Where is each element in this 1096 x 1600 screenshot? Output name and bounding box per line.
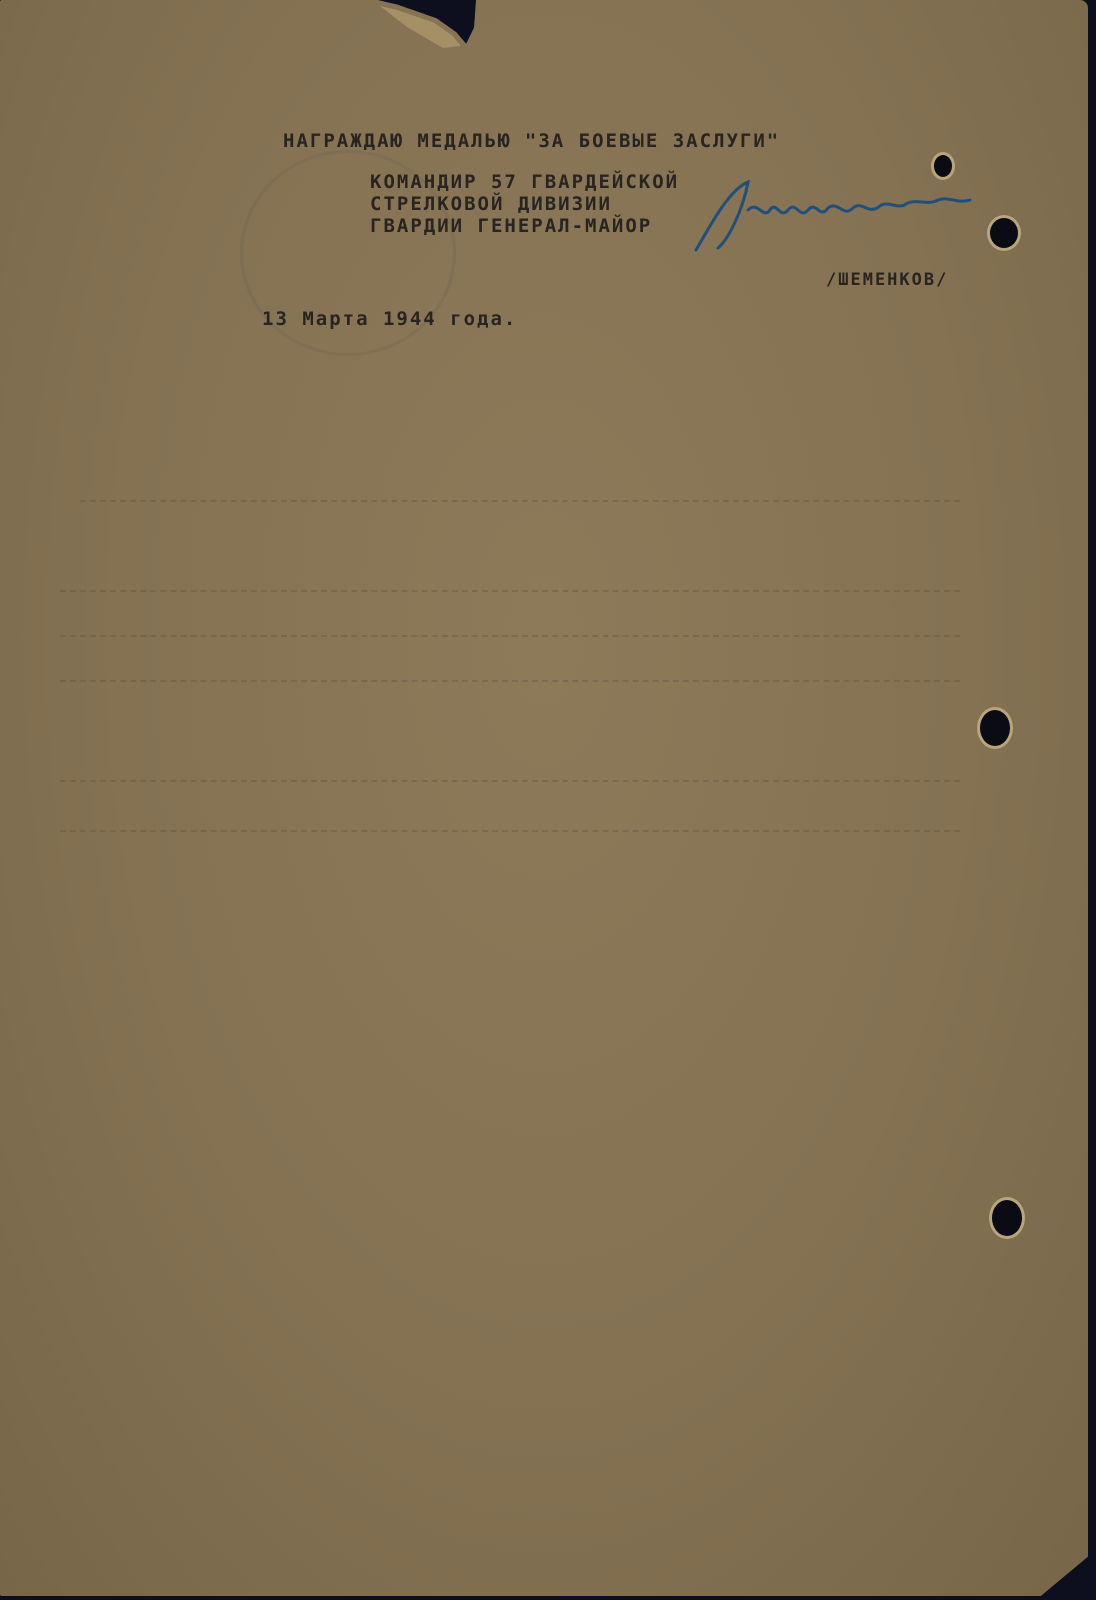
punch-hole (980, 710, 1010, 746)
signatory-line-1: КОМАНДИР 57 ГВАРДЕЙСКОЙ (370, 172, 679, 192)
bleed-through-line (80, 500, 960, 502)
signature-name: /ШЕМЕНКОВ/ (826, 270, 948, 290)
punch-hole (990, 218, 1018, 248)
signatory-line-2: СТРЕЛКОВОЙ ДИВИЗИИ (370, 194, 612, 214)
bleed-through-line (60, 780, 960, 782)
bleed-through-line (60, 680, 960, 682)
signatory-line-3: ГВАРДИИ ГЕНЕРАЛ-МАЙОР (370, 216, 652, 236)
bleed-through-line (60, 830, 960, 832)
punch-hole (992, 1200, 1022, 1236)
document-page: НАГРАЖДАЮ МЕДАЛЬЮ "ЗА БОЕВЫЕ ЗАСЛУГИ" КО… (0, 0, 1088, 1596)
bleed-through-line (60, 635, 960, 637)
punch-hole (934, 155, 952, 177)
date-line: 13 Марта 1944 года. (262, 308, 517, 330)
award-line: НАГРАЖДАЮ МЕДАЛЬЮ "ЗА БОЕВЫЕ ЗАСЛУГИ" (283, 130, 780, 152)
handwritten-signature (688, 170, 978, 260)
bleed-through-line (60, 590, 960, 592)
